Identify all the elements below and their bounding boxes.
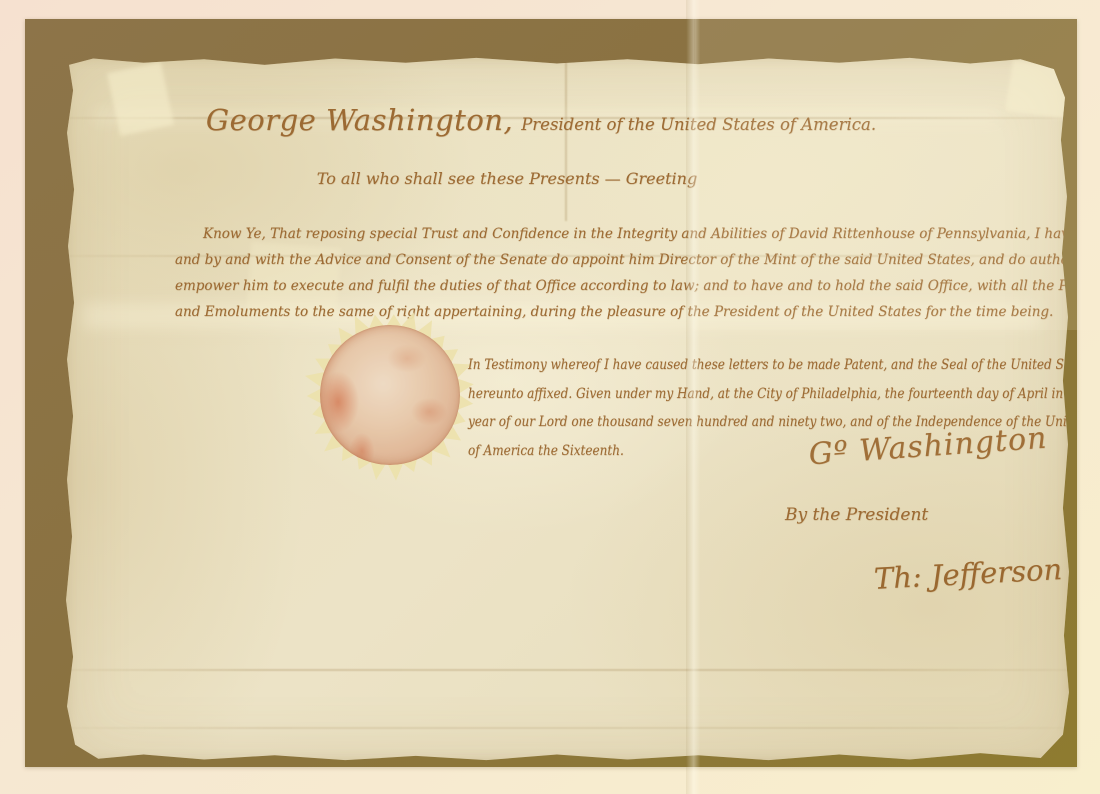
crease-line [565, 61, 567, 221]
photo-seam-tint [695, 0, 1100, 330]
sunburst-wafer-seal [302, 307, 478, 483]
testimony-line: In Testimony whereof I have caused these… [468, 351, 984, 380]
attestation-label: By the President [785, 505, 928, 525]
seal-impression [320, 325, 460, 465]
jefferson-signature: Th: Jefferson [857, 551, 1078, 596]
photo-backdrop: George Washington, President of the Unit… [0, 0, 1100, 794]
crease-line [63, 727, 1071, 729]
testimony-line: hereunto affixed. Given under my Hand, a… [468, 380, 984, 409]
crease-line [63, 669, 1071, 671]
heading-name: George Washington, [206, 103, 513, 137]
